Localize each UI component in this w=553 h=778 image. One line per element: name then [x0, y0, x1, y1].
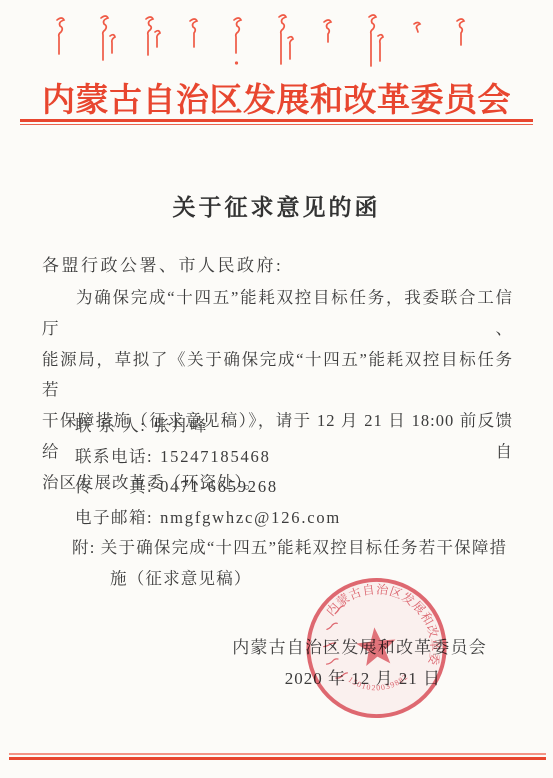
official-seal: 内蒙古自治区发展和改革委员会 1501020039882 — [283, 565, 471, 730]
footer-rule-thick — [9, 757, 546, 761]
masthead-rule — [20, 119, 533, 125]
mongolian-script-header-icon — [0, 12, 553, 76]
salutation: 各盟行政公署、市人民政府: — [42, 251, 283, 276]
paragraph-line: 能源局，草拟了《关于确保完成“十四五”能耗双控目标任务若 — [42, 345, 513, 407]
contact-value: 张月峰 — [153, 416, 208, 435]
attachment-line: 附: 关于确保完成“十四五”能耗双控目标任务若干保障措 — [72, 533, 522, 564]
document-title: 关于征求意见的函 — [0, 189, 553, 222]
contact-label: 联 系 人: — [75, 416, 146, 435]
contact-label: 传 真: — [75, 477, 153, 496]
contact-row-person: 联 系 人:张月峰 — [75, 411, 341, 442]
masthead-rule-thin — [20, 124, 533, 125]
contact-row-email: 电子邮箱:nmgfgwhzc@126.com — [75, 503, 341, 534]
contact-block: 联 系 人:张月峰 联系电话:15247185468 传 真:0471-6659… — [75, 411, 341, 533]
contact-row-fax: 传 真:0471-6659268 — [75, 472, 341, 503]
paragraph-line: 为确保完成“十四五”能耗双控目标任务，我委联合工信厅、 — [42, 283, 513, 345]
footer-rule-thin — [9, 753, 546, 755]
contact-label: 联系电话: — [75, 447, 153, 466]
contact-row-phone: 联系电话:15247185468 — [75, 442, 341, 473]
contact-label: 电子邮箱: — [75, 508, 153, 527]
contact-value: nmgfgwhzc@126.com — [160, 508, 341, 527]
masthead-rule-thick — [20, 119, 533, 122]
contact-value: 0471-6659268 — [160, 477, 278, 496]
agency-masthead: 内蒙古自治区发展和改革委员会 — [0, 74, 553, 121]
contact-value: 15247185468 — [160, 447, 271, 466]
document-page: 内蒙古自治区发展和改革委员会 关于征求意见的函 各盟行政公署、市人民政府: 为确… — [0, 0, 553, 778]
footer-rule — [9, 753, 546, 760]
